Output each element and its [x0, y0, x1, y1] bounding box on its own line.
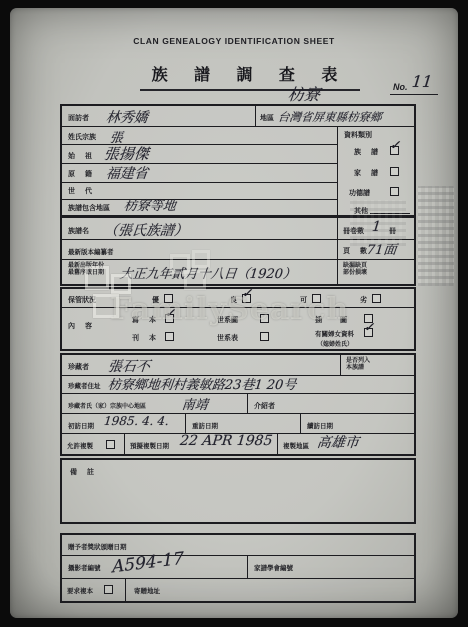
copy-place-value: 高雄市: [316, 432, 360, 452]
condition-excellent-checkbox: ✓: [164, 294, 173, 303]
copy-permission-checkbox: ✓: [106, 440, 115, 449]
content-label: 內 容: [68, 321, 92, 331]
first-visit-label: 初訪日期: [68, 421, 94, 430]
category-jiapu-label: 家 譜: [354, 168, 378, 178]
no-label: No.: [393, 82, 408, 92]
section-notes: 備 註: [60, 458, 416, 524]
content-women-data-note: （媳婦姓氏）: [317, 339, 353, 348]
condition-label: 保管狀況: [68, 295, 96, 305]
photographer-number-label: 攝影者編號: [68, 563, 101, 572]
coverage-label: 族譜包含地區: [68, 203, 110, 213]
content-lineage-chart-checkbox: ✓: [260, 314, 269, 323]
photographer-number-value: A594-17: [112, 549, 184, 578]
origin-value: 福建省: [105, 163, 149, 183]
copy-request-checkbox: ✓: [104, 585, 113, 594]
place-note-handwritten: 枋寮: [287, 82, 321, 105]
holder-address-value: 枋寮鄉地利村義敏路23巷1 20号: [107, 374, 297, 393]
origin-label: 原 籍: [68, 169, 92, 179]
category-label: 資料類別: [344, 130, 372, 140]
followup-visit-label: 續訪日期: [307, 421, 333, 430]
clan-center-value: 南靖: [181, 394, 209, 413]
holder-label: 珍藏者: [68, 362, 89, 372]
pages-value: 71面: [366, 239, 398, 258]
genealogy-name-label: 族譜名: [68, 226, 89, 236]
condition-excellent-label: 優: [152, 295, 159, 305]
interviewer-value: 林秀嬌: [105, 107, 149, 127]
mailing-address-label: 寄贈地址: [134, 586, 160, 595]
scanned-genealogy-form: { "colors": {"frame": "#0b0b0b", "paper"…: [0, 0, 468, 627]
content-lineage-table-checkbox: ✓: [260, 332, 269, 341]
holder-value: 張石不: [107, 356, 151, 376]
missing-pages-label: 缺漏缺頁: [343, 263, 367, 269]
content-printed-checkbox: ✓: [165, 332, 174, 341]
compiler-label: 最新版本編纂者: [68, 247, 114, 256]
copy-request-label: 要求複本: [67, 586, 93, 595]
surname-label: 姓氏宗族: [68, 132, 96, 142]
category-jiapu-checkbox: ✓: [390, 167, 399, 176]
check-icon: ✓: [164, 306, 178, 320]
volumes-value: 1: [371, 219, 382, 235]
partial-damage-label: 部份損壞: [343, 270, 367, 276]
check-icon: ✓: [389, 138, 403, 152]
category-other-blank: [370, 213, 410, 214]
section-condition: 保管狀況 優 ✓ 良 ✓ 可 ✓ 劣 ✓ 內 容 寫 本 ✓ 刊 本 ✓ 世系圖…: [60, 287, 416, 351]
form-title-chinese: 族 譜 調 查 表: [140, 62, 360, 91]
first-ancestor-label: 始 祖: [68, 151, 92, 161]
section-holder: 珍藏者 張石不 是否列入 本族譜 珍藏者住址 枋寮鄉地利村義敏路23巷1 20号…: [60, 353, 416, 456]
pubdate-value: 大正九年貳月十八日（1920）: [119, 263, 297, 282]
donor-award-date-label: 贈予者獎狀頒贈日期: [68, 542, 127, 551]
holder-address-label: 珍藏者住址: [68, 381, 101, 390]
no-underline: [390, 94, 438, 95]
listed-in-genealogy-label: 是否列入 本族譜: [346, 358, 370, 372]
copy-place-label: 複製地區: [283, 441, 309, 450]
planned-copy-date-label: 預擬複製日期: [130, 441, 169, 450]
content-lineage-chart-label: 世系圖: [217, 315, 238, 325]
copy-permission-label: 允許複製: [67, 441, 93, 450]
condition-good-label: 良: [230, 295, 237, 305]
condition-poor-checkbox: ✓: [372, 294, 381, 303]
pubdate-label: 最新出版年份 最舊序跋日期: [68, 263, 104, 277]
content-women-data-label: 有關婦女資料: [315, 329, 354, 338]
category-gongdepu-label: 功德譜: [349, 188, 370, 198]
category-gongdepu-checkbox: ✓: [390, 187, 399, 196]
category-zupu-checkbox: ✓: [390, 146, 399, 155]
introducer-label: 介紹者: [254, 401, 275, 411]
condition-good-checkbox: ✓: [242, 294, 251, 303]
section-book: 族譜名 （張氏族譜） 冊卷數 1 冊 最新版本編纂者 頁 數 71面 最新出版年…: [60, 216, 416, 286]
check-icon: ✓: [241, 286, 255, 300]
pages-label: 頁 數: [343, 246, 367, 256]
notes-label: 備 註: [70, 467, 94, 477]
condition-poor-label: 劣: [360, 295, 367, 305]
interviewer-label: 面訪者: [68, 113, 89, 123]
content-illustrations-label: 插 圖: [315, 315, 347, 325]
section-admin: 贈予者獎狀頒贈日期 攝影者編號 A594-17 家譜學會編號 要求複本 ✓ 寄贈…: [60, 533, 416, 603]
first-ancestor-value: 張揚傑: [103, 143, 150, 164]
volumes-unit-label: 冊: [389, 226, 396, 236]
category-other-label: 其他: [354, 206, 368, 216]
content-women-data-checkbox: ✓: [364, 328, 373, 337]
missing-damage-label: 缺漏缺頁 部份損壞: [343, 263, 367, 277]
content-lineage-table-label: 世系表: [217, 333, 238, 343]
pubdate-label-line2: 最舊序跋日期: [68, 270, 104, 276]
condition-fair-checkbox: ✓: [312, 294, 321, 303]
society-number-label: 家譜學會編號: [254, 563, 293, 572]
genealogy-name-value: （張氏族譜）: [103, 220, 189, 240]
condition-fair-label: 可: [300, 295, 307, 305]
scanned-paper: CLAN GENEALOGY IDENTIFICATION SHEET 族 譜 …: [10, 8, 458, 618]
listed-label-line1: 是否列入: [346, 358, 370, 364]
clan-center-label: 珍藏者氏（家）宗族中心地區: [68, 401, 146, 410]
generations-label: 世 代: [68, 186, 92, 196]
content-printed-label: 刊 本: [132, 333, 156, 343]
coverage-value: 枋寮等地: [123, 195, 177, 214]
content-manuscript-checkbox: ✓: [165, 314, 174, 323]
planned-copy-date-value: 22 APR 1985: [179, 433, 273, 449]
region-label: 地區: [260, 113, 274, 123]
first-visit-value: 1985. 4. 4.: [103, 414, 169, 428]
listed-label-line2: 本族譜: [346, 365, 364, 371]
watermark-qr-strip: [418, 186, 454, 286]
revisit-label: 重訪日期: [192, 421, 218, 430]
pubdate-label-line1: 最新出版年份: [68, 263, 104, 269]
section-basic: 面訪者 林秀嬌 地區 台灣省屏東縣枋寮鄉 姓氏宗族 張 始 祖 張揚傑 原 籍 …: [60, 104, 416, 217]
region-value: 台灣省屏東縣枋寮鄉: [277, 109, 382, 125]
volumes-label: 冊卷數: [343, 226, 364, 236]
category-zupu-label: 族 譜: [354, 147, 378, 157]
form-title-english: CLAN GENEALOGY IDENTIFICATION SHEET: [10, 36, 458, 46]
no-value-handwritten: 11: [411, 72, 433, 91]
content-manuscript-label: 寫 本: [132, 315, 156, 325]
check-icon: ✓: [363, 320, 377, 334]
